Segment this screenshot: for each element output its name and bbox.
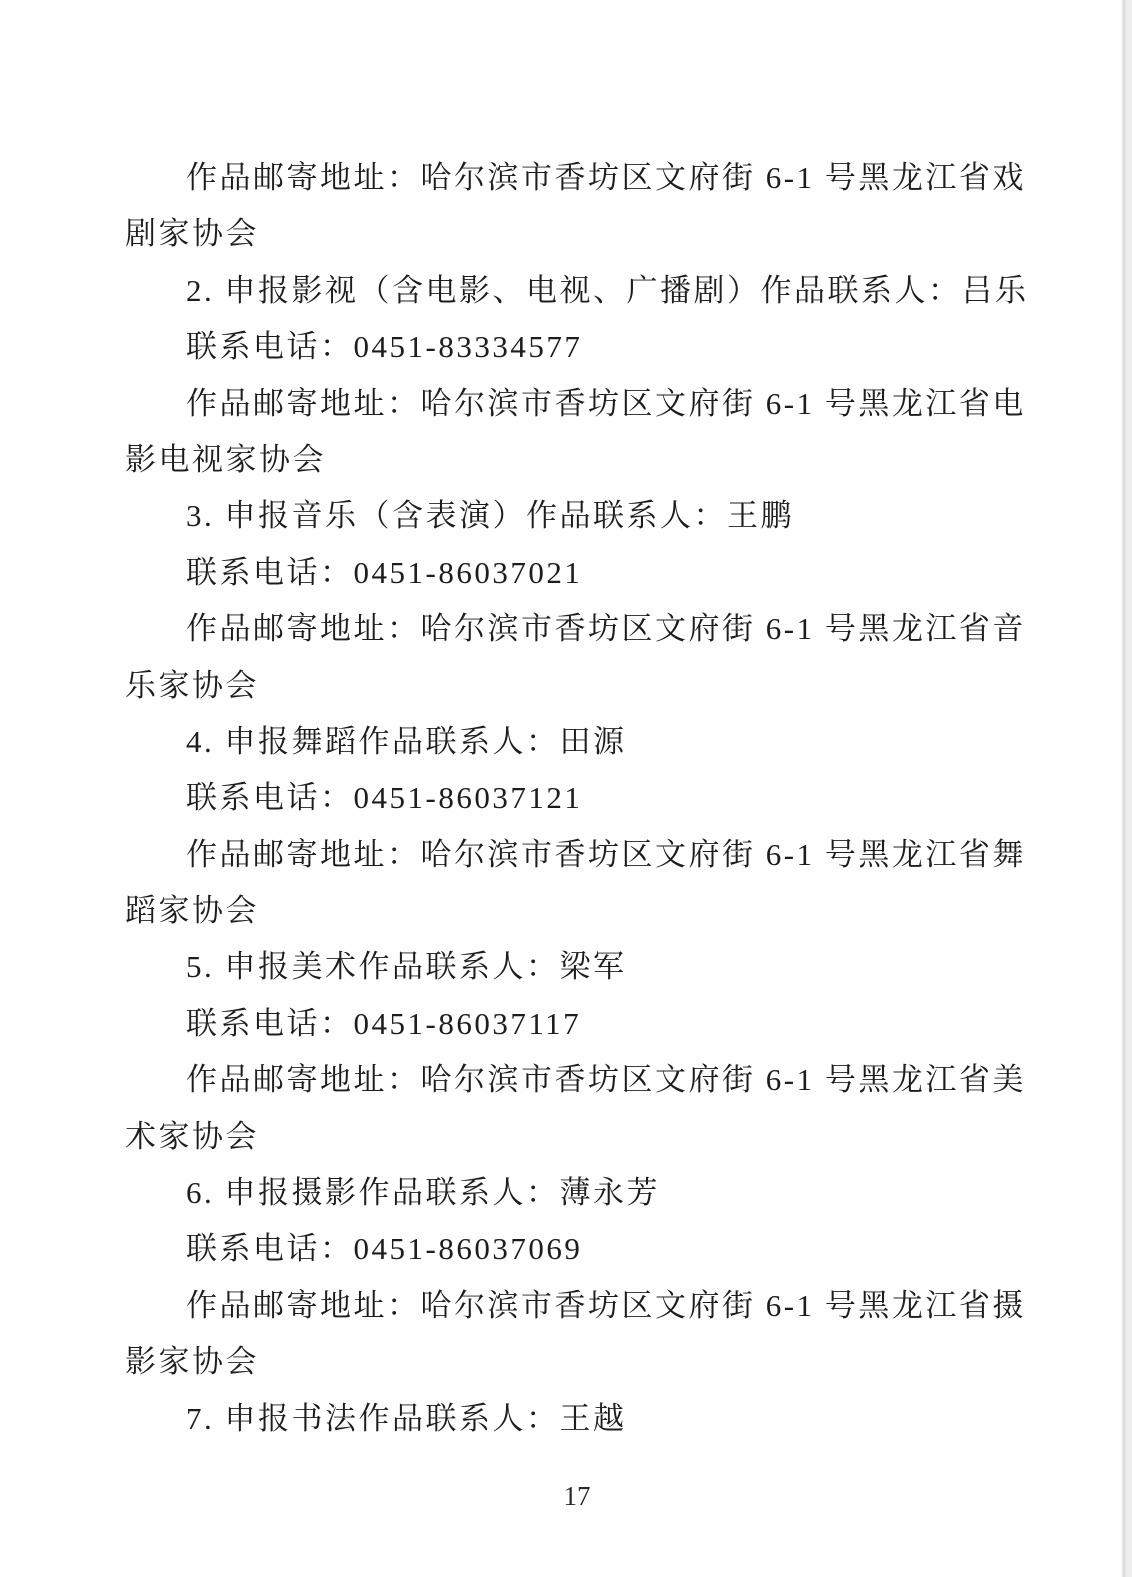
document-line: 联系电话：0451-83334577 xyxy=(125,319,1005,375)
document-line: 联系电话：0451-86037069 xyxy=(125,1221,1005,1277)
document-body: 作品邮寄地址：哈尔滨市香坊区文府街 6-1 号黑龙江省戏 剧家协会 2. 申报影… xyxy=(125,150,1005,1447)
document-line: 4. 申报舞蹈作品联系人：田源 xyxy=(125,714,1005,770)
document-line: 影电视家协会 xyxy=(125,432,1005,488)
document-line: 6. 申报摄影作品联系人：薄永芳 xyxy=(125,1165,1005,1221)
document-line: 作品邮寄地址：哈尔滨市香坊区文府街 6-1 号黑龙江省音 xyxy=(125,601,1005,657)
document-line: 联系电话：0451-86037121 xyxy=(125,770,1005,826)
document-line: 作品邮寄地址：哈尔滨市香坊区文府街 6-1 号黑龙江省美 xyxy=(125,1052,1005,1108)
document-line: 联系电话：0451-86037021 xyxy=(125,545,1005,601)
document-line: 联系电话：0451-86037117 xyxy=(125,996,1005,1052)
document-line: 剧家协会 xyxy=(125,206,1005,262)
document-line: 术家协会 xyxy=(125,1109,1005,1165)
document-line: 作品邮寄地址：哈尔滨市香坊区文府街 6-1 号黑龙江省电 xyxy=(125,376,1005,432)
document-line: 7. 申报书法作品联系人：王越 xyxy=(125,1391,1005,1447)
document-line: 2. 申报影视（含电影、电视、广播剧）作品联系人：吕乐 xyxy=(125,263,1005,319)
document-line: 乐家协会 xyxy=(125,658,1005,714)
document-line: 作品邮寄地址：哈尔滨市香坊区文府街 6-1 号黑龙江省舞 xyxy=(125,827,1005,883)
document-line: 作品邮寄地址：哈尔滨市香坊区文府街 6-1 号黑龙江省摄 xyxy=(125,1278,1005,1334)
document-line: 5. 申报美术作品联系人：梁军 xyxy=(125,939,1005,995)
document-line: 影家协会 xyxy=(125,1334,1005,1390)
document-line: 蹈家协会 xyxy=(125,883,1005,939)
document-line: 作品邮寄地址：哈尔滨市香坊区文府街 6-1 号黑龙江省戏 xyxy=(125,150,1005,206)
document-line: 3. 申报音乐（含表演）作品联系人：王鹏 xyxy=(125,488,1005,544)
scan-edge-shadow xyxy=(1118,0,1132,1577)
page-number: 17 xyxy=(0,1481,1132,1512)
document-page: 作品邮寄地址：哈尔滨市香坊区文府街 6-1 号黑龙江省戏 剧家协会 2. 申报影… xyxy=(0,0,1132,1577)
